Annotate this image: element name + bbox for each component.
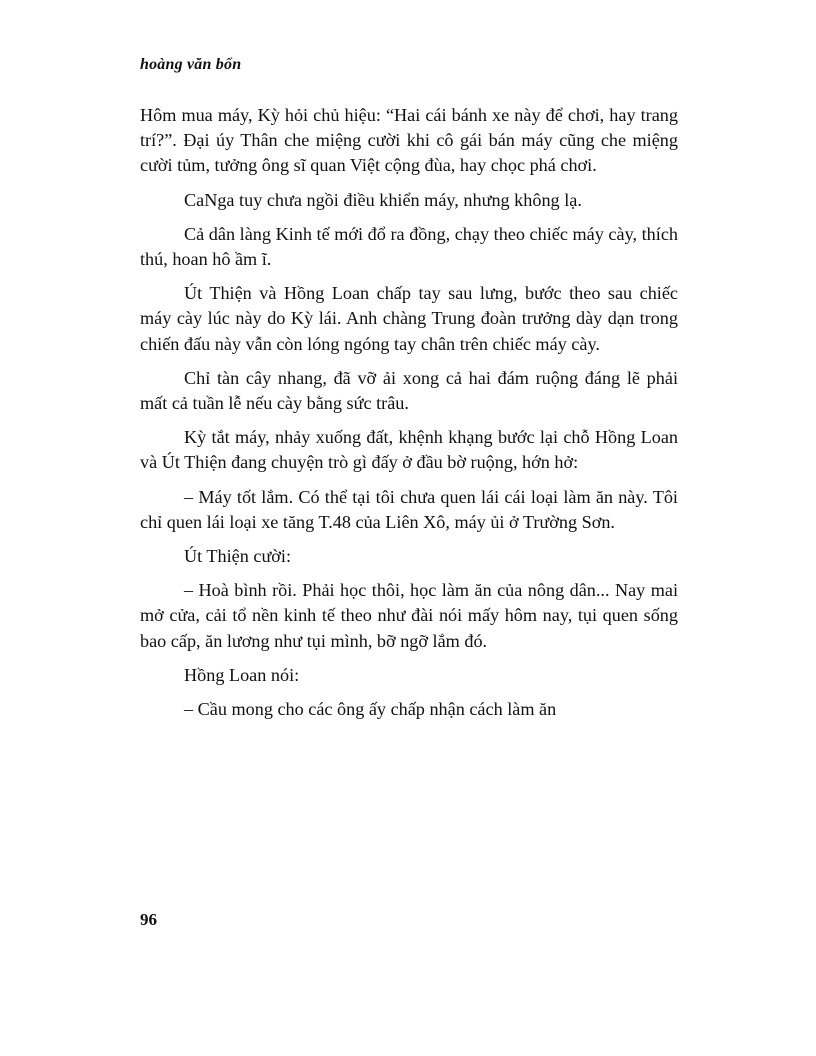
paragraph: CaNga tuy chưa ngồi điều khiển máy, nhưn… — [140, 188, 678, 213]
paragraph: Hôm mua máy, Kỳ hỏi chủ hiệu: “Hai cái b… — [140, 103, 678, 179]
paragraph: Út Thiện và Hồng Loan chấp tay sau lưng,… — [140, 281, 678, 357]
dialogue-paragraph: – Hoà bình rồi. Phải học thôi, học làm ă… — [140, 578, 678, 654]
dialogue-paragraph: – Cầu mong cho các ông ấy chấp nhận cách… — [140, 697, 678, 722]
paragraph: Kỳ tắt máy, nhảy xuống đất, khệnh khạng … — [140, 425, 678, 475]
running-head-author: hoàng văn bổn — [140, 56, 241, 74]
paragraph: Chỉ tàn cây nhang, đã vỡ ải xong cả hai … — [140, 366, 678, 416]
body-text: Hôm mua máy, Kỳ hỏi chủ hiệu: “Hai cái b… — [140, 103, 678, 731]
dialogue-paragraph: – Máy tốt lắm. Có thể tại tôi chưa quen … — [140, 485, 678, 535]
page-number: 96 — [140, 910, 157, 930]
paragraph: Cả dân làng Kinh tế mới đổ ra đồng, chạy… — [140, 222, 678, 272]
paragraph: Út Thiện cười: — [140, 544, 678, 569]
paragraph: Hồng Loan nói: — [140, 663, 678, 688]
